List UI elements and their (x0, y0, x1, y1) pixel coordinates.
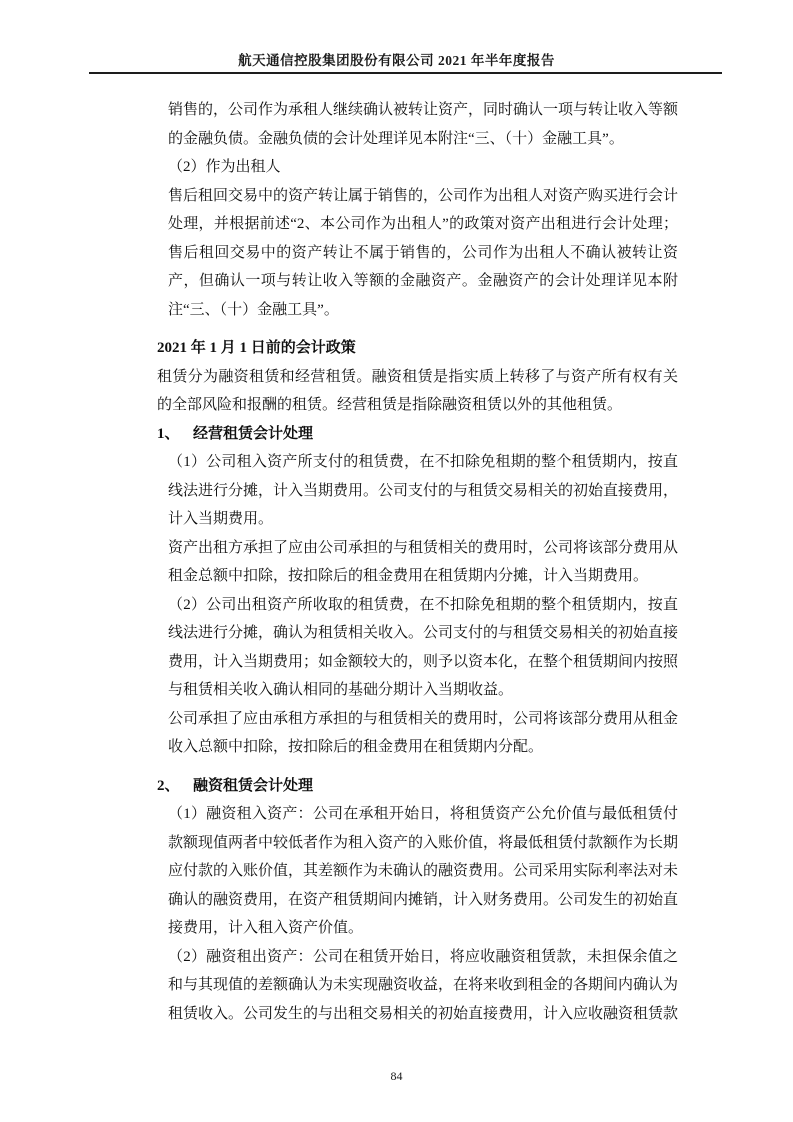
section-heading: 2021 年 1 月 1 日前的会计政策 (157, 334, 678, 363)
paragraph: 租赁分为融资租赁和经营租赁。融资租赁是指实质上转移了与资产所有权有关的全部风险和… (157, 363, 678, 420)
heading-number: 1、 (157, 420, 193, 449)
numbered-heading: 2、融资租赁会计处理 (157, 772, 678, 801)
heading-number: 2、 (157, 772, 193, 801)
paragraph: 销售的，公司作为承租人继续确认被转让资产，同时确认一项与转让收入等额的金融负债。… (168, 96, 678, 153)
paragraph: （1）公司租入资产所支付的租赁费，在不扣除免租期的整个租赁期内，按直线法进行分摊… (168, 448, 678, 534)
page-number: 84 (0, 1069, 793, 1084)
paragraph: 资产出租方承担了应由公司承担的与租赁相关的费用时，公司将该部分费用从租金总额中扣… (168, 534, 678, 591)
report-header-title: 航天通信控股集团股份有限公司 2021 年半年度报告 (0, 49, 793, 69)
paragraph: （2）作为出租人 (168, 153, 678, 182)
heading-label: 融资租赁会计处理 (193, 778, 313, 794)
header-divider (89, 72, 722, 74)
paragraph: （2）公司出租资产所收取的租赁费，在不扣除免租期的整个租赁期内，按直线法进行分摊… (168, 591, 678, 705)
numbered-heading: 1、经营租赁会计处理 (157, 420, 678, 449)
paragraph: 公司承担了应由承租方承担的与租赁相关的费用时，公司将该部分费用从租金收入总额中扣… (168, 705, 678, 762)
paragraph: （2）融资租出资产：公司在租赁开始日，将应收融资租赁款，未担保余值之和与其现值的… (168, 943, 678, 1029)
paragraph: 售后租回交易中的资产转让属于销售的，公司作为出租人对资产购买进行会计处理，并根据… (168, 182, 678, 325)
report-page: 航天通信控股集团股份有限公司 2021 年半年度报告 销售的，公司作为承租人继续… (0, 0, 793, 1122)
heading-label: 经营租赁会计处理 (193, 426, 313, 442)
document-body: 销售的，公司作为承租人继续确认被转让资产，同时确认一项与转让收入等额的金融负债。… (157, 96, 678, 1028)
paragraph: （1）融资租入资产：公司在承租开始日，将租赁资产公允价值与最低租赁付款额现值两者… (168, 800, 678, 943)
